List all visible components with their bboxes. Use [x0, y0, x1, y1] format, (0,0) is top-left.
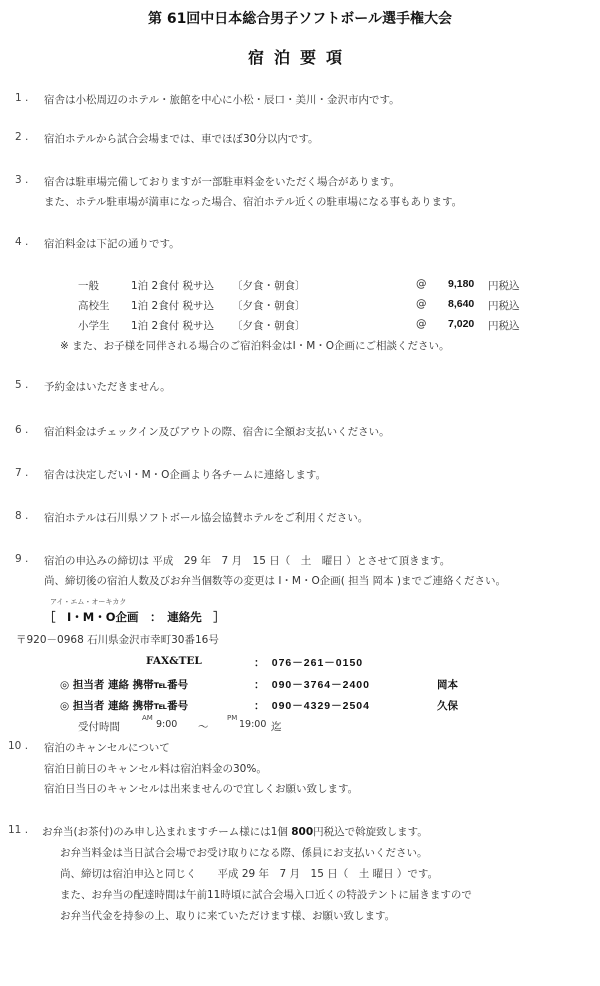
item-text: また、お弁当の配達時間は午前11時頃に試合会場入口近くの特設テントに届きますので	[60, 887, 472, 902]
item-number: 4 .	[15, 236, 28, 248]
item-text: 宿泊ホテルは石川県ソフトボール協会協賛ホテルをご利用ください。	[44, 510, 368, 525]
item-text: 宿泊日当日のキャンセルは出来ませんので宜しくお願い致します。	[44, 781, 358, 796]
contact-ruby: アイ・エム・オーキカク	[50, 597, 126, 607]
rate-meals: 〔夕食・朝食〕	[232, 278, 306, 293]
rate-at: @	[416, 318, 427, 330]
tilde: ～	[198, 719, 209, 734]
rate-unit: 円税込	[488, 318, 520, 333]
fax-value: ： 076－261－0150	[254, 655, 363, 670]
am-label: AM	[142, 714, 153, 722]
item-text: 宿舎は駐車場完備しておりますが一部駐車料金をいただく場合があります。	[44, 174, 400, 189]
item-text: 宿泊ホテルから試合会場までは、車でほぼ30分以内です。	[44, 131, 319, 146]
item-text: 宿泊の申込みの締切は 平成 29 年 7 月 15 日（ 土 曜日 ）とさせて頂…	[44, 553, 450, 568]
rate-category: 小学生	[78, 318, 110, 333]
item-text: お弁当代金を持参の上、取りに来ていただけます様、お願い致します。	[60, 908, 395, 923]
rate-price: 7,020	[448, 318, 474, 330]
person-label: ◎ 担当者 連絡 携帯℡番号	[60, 698, 188, 713]
rate-category: 一般	[78, 278, 99, 293]
hours-label: 受付時間	[78, 719, 120, 734]
pm-label: PM	[227, 714, 237, 722]
bento-intro: お弁当(お茶付)のみ申し込まれますチーム様には1個	[42, 826, 288, 838]
item-text: お弁当料金は当日試合会場でお受け取りになる際、係員にお支払いください。	[60, 845, 428, 860]
item-text: 宿舎は小松周辺のホテル・旅館を中心に小松・辰口・美川・金沢市内です。	[44, 92, 400, 107]
rate-price: 9,180	[448, 278, 474, 290]
event-title: 第 61回中日本総合男子ソフトボール選手権大会	[0, 8, 600, 28]
item-number: 6 .	[15, 424, 28, 436]
end-time: 19:00	[239, 719, 266, 730]
rate-plan: 1泊 2食付 税サ込	[131, 298, 214, 313]
item-text: 宿泊料金は下記の通りです。	[44, 236, 180, 251]
item-text: 宿泊料金はチェックイン及びアウトの際、宿舎に全額お支払いください。	[44, 424, 390, 439]
until-label: 迄	[271, 719, 282, 734]
bento-price: 800	[291, 826, 313, 838]
rate-price: 8,640	[448, 298, 474, 310]
start-time: 9:00	[156, 719, 177, 730]
item-text: 宿舎は決定しだいI・M・O企画より各チームに連絡します。	[44, 467, 326, 482]
item-text: お弁当(お茶付)のみ申し込まれますチーム様には1個 800円税込で斡旋致します。	[42, 824, 428, 839]
rate-unit: 円税込	[488, 278, 520, 293]
item-number: 9 .	[15, 553, 28, 565]
person-name: 久保	[437, 698, 458, 713]
rate-plan: 1泊 2食付 税サ込	[131, 318, 214, 333]
person-name: 岡本	[437, 677, 458, 692]
bento-suffix: 円税込で斡旋致します。	[313, 826, 428, 838]
item-number: 11 .	[8, 824, 28, 836]
item-number: 2 .	[15, 131, 28, 143]
item-text: 尚、締切は宿泊申込と同じく 平成 29 年 7 月 15 日（ 土 曜日 ）です…	[60, 866, 438, 881]
rate-meals: 〔夕食・朝食〕	[232, 318, 306, 333]
rate-at: @	[416, 298, 427, 310]
fax-label: FAX&TEL	[146, 655, 202, 667]
rate-at: @	[416, 278, 427, 290]
item-number: 10 .	[8, 740, 28, 752]
item-number: 1 .	[15, 92, 28, 104]
item-text: 宿泊のキャンセルについて	[44, 740, 170, 755]
item-text: 尚、締切後の宿泊人数及びお弁当個数等の変更は I・M・O企画( 担当 岡本 )ま…	[44, 573, 506, 588]
person-phone: ： 090－3764－2400	[254, 677, 370, 692]
person-label: ◎ 担当者 連絡 携帯℡番号	[60, 677, 188, 692]
contact-heading: ［ I・M・O企画 ： 連絡先 ］	[44, 609, 225, 625]
rate-plan: 1泊 2食付 税サ込	[131, 278, 214, 293]
page-title: 宿泊要項	[0, 45, 600, 68]
rate-meals: 〔夕食・朝食〕	[232, 298, 306, 313]
contact-address: 〒920－0968 石川県金沢市幸町30番16号	[16, 632, 219, 647]
rate-category: 高校生	[78, 298, 110, 313]
item-number: 7 .	[15, 467, 28, 479]
item-text: また、ホテル駐車場が満車になった場合、宿泊ホテル近くの駐車場になる事もあります。	[44, 194, 462, 209]
rate-unit: 円税込	[488, 298, 520, 313]
item-number: 3 .	[15, 174, 28, 186]
person-phone: ： 090－4329－2504	[254, 698, 370, 713]
item-text: 予約金はいただきません。	[44, 379, 171, 394]
rates-note: ※ また、お子様を同伴される場合のご宿泊料金はI・M・O企画にご相談ください。	[60, 338, 450, 353]
item-number: 8 .	[15, 510, 28, 522]
item-number: 5 .	[15, 379, 28, 391]
item-text: 宿泊日前日のキャンセル料は宿泊料金の30%。	[44, 761, 267, 776]
